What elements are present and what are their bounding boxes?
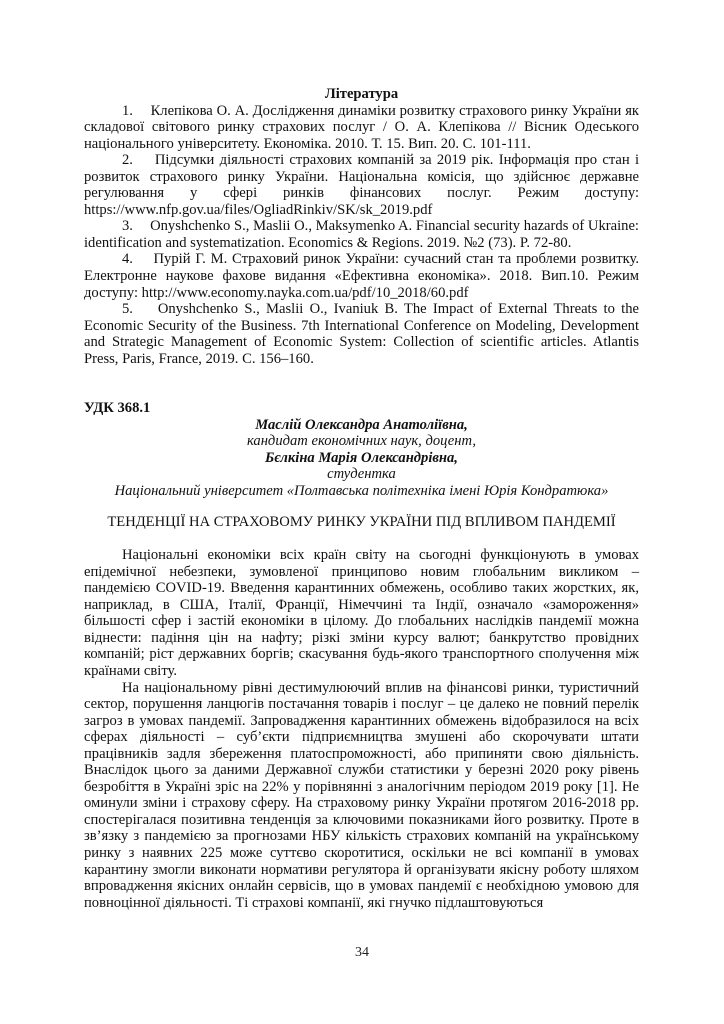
reference-text: Підсумки діяльності страхових компаній з… [84,152,639,218]
references-heading: Література [84,86,639,103]
reference-item: 4. Пурій Г. М. Страховий ринок України: … [84,251,639,301]
body-paragraph: На національному рівні дестимулюючий впл… [84,680,639,912]
author-title: кандидат економічних наук, доцент, [84,433,639,450]
reference-item: 5. Onyshchenko S., Maslii O., Ivaniuk B.… [84,301,639,367]
reference-number: 4. [122,251,139,268]
udk-code: УДК 368.1 [84,400,639,417]
reference-text: Клепікова О. А. Дослідження динаміки роз… [84,103,639,152]
author-name: Бєлкіна Марія Олександрівна, [84,450,639,467]
affiliation: Національний університет «Полтавська пол… [84,483,639,500]
reference-number: 3. [122,218,139,235]
page-content: Література 1. Клепікова О. А. Дослідженн… [84,86,639,911]
author-name: Маслій Олександра Анатоліївна, [84,417,639,434]
page-number: 34 [0,945,724,961]
author-title: студентка [84,466,639,483]
reference-text: Пурій Г. М. Страховий ринок України: суч… [84,251,639,300]
reference-item: 3. Onyshchenko S., Maslii O., Maksymenko… [84,218,639,251]
reference-text: Onyshchenko S., Maslii O., Ivaniuk B. Th… [84,301,639,367]
reference-number: 2. [122,152,139,169]
reference-text: Onyshchenko S., Maslii O., Maksymenko A.… [84,218,639,251]
reference-number: 5. [122,301,139,318]
reference-number: 1. [122,103,139,120]
reference-item: 2. Підсумки діяльності страхових компані… [84,152,639,218]
reference-item: 1. Клепікова О. А. Дослідження динаміки … [84,103,639,153]
body-paragraph: Національні економіки всіх країн світу н… [84,547,639,679]
article-title: ТЕНДЕНЦІЇ НА СТРАХОВОМУ РИНКУ УКРАЇНИ ПІ… [84,514,639,531]
